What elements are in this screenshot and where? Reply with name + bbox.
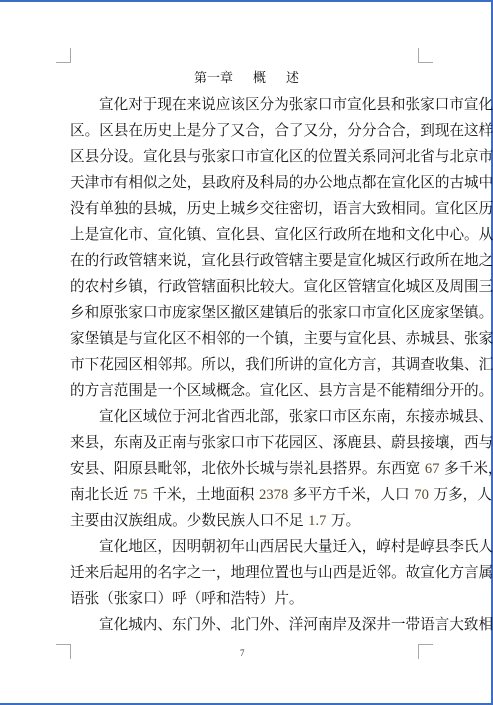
text-line: 的农村乡镇，行政管辖面积比较大。宣化区管辖宣化城区及周围三个 [70, 274, 418, 300]
numeric-value: 70 [414, 487, 429, 503]
text-line: 来县，东南及正南与张家口市下花园区、涿鹿县、蔚县接壤，西与怀 [70, 430, 418, 456]
text-segment: 南北长近 [70, 486, 133, 503]
text-segment: 万多，人口 [429, 486, 493, 503]
text-line: 安县、阳原县毗邻，北依外长城与崇礼县搭界。东西宽 67 多千米， [70, 456, 418, 482]
numeric-value: 75 [133, 487, 148, 503]
chapter-number: 第一章 [194, 67, 233, 86]
numeric-value: 67 [425, 461, 440, 477]
text-line: 的方言范围是一个区域概念。宣化区、县方言是不能精细分开的。 [70, 378, 418, 404]
chapter-title: 第一章概述 [0, 67, 493, 86]
text-line: 语张（张家口）呼（呼和浩特）片。 [70, 586, 418, 612]
margin-corner-top-left [56, 48, 71, 63]
text-line: 宣化城内、东门外、北门外、洋河南岸及深井一带语言大致相同。 [70, 612, 418, 638]
text-line: 天津市有相似之处，县政府及科局的办公地点都在宣化区的古城中， [70, 170, 418, 196]
chapter-title-char-2: 述 [286, 67, 299, 86]
text-line: 上是宣化市、宣化镇、宣化县、宣化区行政所在地和文化中心。从现 [70, 222, 418, 248]
margin-corner-bottom-right [418, 644, 433, 659]
page-number: 7 [240, 648, 245, 658]
text-line: 区。区县在历史上是分了又合，合了又分，分分合合，到现在这样的 [70, 118, 418, 144]
text-line: 宣化区域位于河北省西北部，张家口市区东南，东接赤城县、怀 [70, 404, 418, 430]
text-line: 宣化对于现在来说应该区分为张家口市宣化县和张家口市宣化 [70, 92, 418, 118]
text-line: 在的行政管辖来说，宣化县行政管辖主要是宣化城区行政所在地之外 [70, 248, 418, 274]
text-segment: 安县、阳原县毗邻，北依外长城与崇礼县搭界。东西宽 [70, 460, 425, 477]
text-line: 主要由汉族组成。少数民族人口不足 1.7 万。 [70, 508, 418, 534]
text-line: 南北长近 75 千米，土地面积 2378 多平方千米，人口 70 万多，人口 [70, 482, 418, 508]
text-line: 区县分设。宣化县与张家口市宣化区的位置关系同河北省与北京市、 [70, 144, 418, 170]
text-segment: 多平方千米，人口 [288, 486, 414, 503]
text-segment: 主要由汉族组成。少数民族人口不足 [70, 512, 308, 529]
text-line: 市下花园区相邻邦。所以，我们所讲的宣化方言，其调查收集、汇集 [70, 352, 418, 378]
margin-corner-bottom-left [56, 644, 71, 659]
numeric-value: 2378 [259, 487, 288, 503]
text-line: 没有单独的县城，历史上城乡交往密切，语言大致相同。宣化区历史 [70, 196, 418, 222]
document-body: 宣化对于现在来说应该区分为张家口市宣化县和张家口市宣化区。区县在历史上是分了又合… [70, 92, 418, 638]
numeric-value: 1.7 [308, 513, 326, 529]
text-line: 乡和原张家口市庞家堡区撤区建镇后的张家口市宣化区庞家堡镇。庞 [70, 300, 418, 326]
text-line: 家堡镇是与宣化区不相邻的一个镇，主要与宣化县、赤城县、张家口 [70, 326, 418, 352]
text-segment: 千米，土地面积 [148, 486, 259, 503]
text-line: 宣化地区，因明朝初年山西居民大量迁入，崞村是崞县李氏人家 [70, 534, 418, 560]
text-segment: 多千米， [440, 460, 493, 477]
text-segment: 万。 [326, 512, 360, 529]
text-line: 迁来后起用的名字之一，地理位置也与山西是近邻。故宣化方言属晋 [70, 560, 418, 586]
chapter-title-char-1: 概 [253, 67, 266, 86]
margin-corner-top-right [418, 48, 433, 63]
